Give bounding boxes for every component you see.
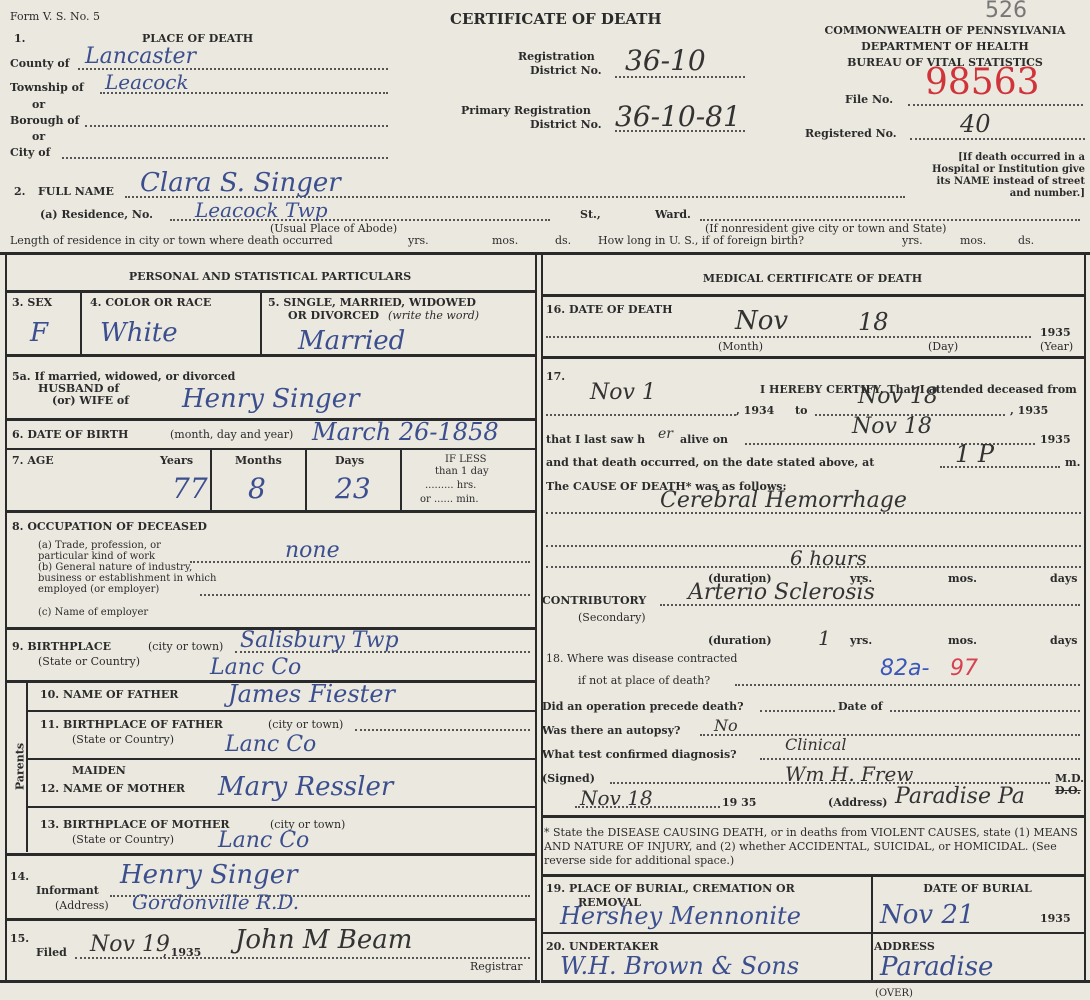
registration-district: 36-10 [625, 44, 706, 77]
months-label: Months [235, 454, 282, 467]
sex-label: 3. SEX [12, 296, 52, 309]
contracted-label-2: if not at place of death? [578, 674, 710, 687]
length-residence-label: Length of residence in city or town wher… [10, 234, 333, 247]
mos-label: mos. [492, 234, 518, 247]
primary-registration-district: 36-10-81 [615, 100, 741, 133]
informant-value: Henry Singer [120, 860, 298, 890]
yrs-label: yrs. [408, 234, 429, 247]
less-label: IF LESS [445, 454, 487, 465]
certificate-title: CERTIFICATE OF DEATH [450, 10, 662, 28]
filed-date-value: Nov 19 [90, 932, 170, 957]
cause-value: Cerebral Hemorrhage [660, 488, 907, 513]
days-label: days [1050, 572, 1077, 585]
file-no-label: File No. [845, 93, 893, 106]
burial-place-value: Hershey Mennonite [560, 902, 801, 930]
file-number-stamp: 98563 [925, 62, 1040, 103]
marital-label: 5. SINGLE, MARRIED, WIDOWED [268, 296, 476, 309]
occurred-label: and that death occurred, on the date sta… [546, 456, 874, 469]
mother-birthplace-label: 13. BIRTHPLACE OF MOTHER [40, 818, 230, 831]
residence-label: (a) Residence, No. [40, 208, 153, 221]
secondary-label: (Secondary) [578, 611, 646, 624]
occupation-label: 8. OCCUPATION OF DECEASED [12, 520, 207, 533]
registrar-label: Registrar [470, 960, 523, 973]
last-saw-pronoun: er [658, 426, 673, 442]
sex-value: F [30, 318, 48, 348]
code-red-value: 97 [950, 656, 978, 681]
father-birthplace-label: 11. BIRTHPLACE OF FATHER [40, 718, 223, 731]
primary-registration-label-1: Primary Registration [461, 104, 591, 117]
cause-footnote: * State the DISEASE CAUSING DEATH, or in… [544, 826, 1082, 868]
occ-c-label: (c) Name of employer [38, 607, 148, 618]
father-value: James Fiester [228, 680, 395, 708]
years-label: Years [160, 454, 193, 467]
wife-label: (or) WIFE of [52, 394, 129, 407]
mother-label: 12. NAME OF MOTHER [40, 782, 185, 795]
months-value: 8 [248, 472, 266, 505]
burial-label: 19. PLACE OF BURIAL, CREMATION OR [546, 882, 795, 895]
parents-label: Parents [14, 737, 27, 797]
registered-no: 40 [960, 110, 991, 138]
father-birthplace-sub: (city or town) [268, 718, 343, 731]
borough-label: Borough of [10, 114, 79, 127]
registered-no-label: Registered No. [805, 127, 897, 140]
hospital-note: [If death occurred in a Hospital or Inst… [920, 152, 1085, 200]
informant-address-value: Gordonville R.D. [132, 890, 299, 914]
burial-year-value: 1935 [1040, 912, 1071, 925]
or-label: or [32, 130, 45, 143]
occ-b-label-2: business or establishment in which [38, 573, 216, 584]
birthplace-state-value: Lanc Co [210, 655, 301, 680]
code-blue-value: 82a- [880, 656, 929, 681]
mother-bp-state-label: (State or Country) [72, 833, 174, 846]
registration-label-1: Registration [518, 50, 595, 63]
operation-label: Did an operation precede death? [542, 700, 744, 713]
father-bp-state-label: (State or Country) [72, 733, 174, 746]
death-day-value: 18 [858, 308, 889, 336]
birthplace-value: Salisbury Twp [240, 628, 399, 653]
yrs-label: yrs. [902, 234, 923, 247]
registrar-signature: John M Beam [235, 925, 412, 955]
occ-a-label-2: particular kind of work [38, 551, 155, 562]
father-birthplace-value: Lanc Co [225, 732, 316, 757]
filed-number: 15. [10, 932, 29, 945]
place-of-death-number: 1. [14, 32, 25, 45]
dob-value: March 26-1858 [312, 418, 499, 446]
occ-b-label-3: employed (or employer) [38, 584, 159, 595]
date-of-label: Date of [838, 700, 883, 713]
physician-address-value: Paradise Pa [895, 784, 1025, 809]
autopsy-label: Was there an autopsy? [542, 724, 680, 737]
agency-line-1: COMMONWEALTH OF PENNSYLVANIA [800, 24, 1090, 37]
day-label: (Day) [928, 340, 958, 353]
medical-heading: MEDICAL CERTIFICATE OF DEATH [541, 272, 1084, 285]
marital-value: Married [298, 326, 405, 356]
less-label-2: than 1 day [435, 466, 489, 477]
informant-number: 14. [10, 870, 29, 883]
attended-from-value: Nov 1 [590, 380, 656, 405]
pencil-number: 526 [985, 0, 1027, 23]
birthplace-sub-label: (city or town) [148, 640, 223, 653]
last-saw-date-value: Nov 18 [852, 414, 932, 439]
st-label: St., [580, 208, 601, 221]
county-value: Lancaster [85, 44, 196, 69]
mos-label: mos. [948, 572, 977, 585]
marital-label-3: (write the word) [388, 309, 479, 322]
test-value: Clinical [785, 735, 847, 754]
personal-heading: PERSONAL AND STATISTICAL PARTICULARS [5, 270, 535, 283]
occ-a-label: (a) Trade, profession, or [38, 540, 161, 551]
signed-year-value: 19 35 [722, 796, 756, 809]
hrs-label: ......... hrs. [425, 480, 476, 491]
signed-label: (Signed) [542, 772, 595, 785]
physician-signature: Wm H. Frew [785, 762, 913, 786]
informant-address-label: (Address) [55, 899, 109, 912]
death-month-value: Nov [735, 306, 788, 336]
filed-label: Filed [36, 946, 67, 959]
physician-address-label: (Address) [828, 796, 888, 809]
date-of-death-label: 16. DATE OF DEATH [546, 303, 673, 316]
county-label: County of [10, 57, 69, 70]
township-value: Leacock [105, 70, 189, 94]
death-time-value: 1 P [955, 440, 994, 468]
ds-label: ds. [1018, 234, 1034, 247]
days-value: 23 [335, 472, 371, 505]
ward-label: Ward. [655, 208, 691, 221]
occ-b-label: (b) General nature of industry, [38, 562, 192, 573]
contracted-label: 18. Where was disease contracted [546, 652, 737, 665]
m-label: m. [1065, 456, 1080, 469]
do-label: D.O. [1055, 784, 1081, 797]
burial-date-label: DATE OF BURIAL [871, 882, 1084, 895]
township-label: Township of [10, 81, 84, 94]
signed-date-value: Nov 18 [580, 786, 653, 810]
years-value: 77 [172, 472, 208, 505]
full-name-value: Clara S. Singer [140, 168, 341, 198]
test-label: What test confirmed diagnosis? [542, 748, 737, 761]
birthplace-label: 9. BIRTHPLACE [12, 640, 111, 653]
undertaker-address-value: Paradise [880, 952, 993, 982]
certify-number: 17. [546, 370, 565, 383]
maiden-label: MAIDEN [72, 764, 126, 777]
alive-on-label: alive on [680, 433, 728, 446]
birthplace-state-label: (State or Country) [38, 655, 140, 668]
ds-label: ds. [555, 234, 571, 247]
days-label: days [1050, 634, 1077, 647]
mos-label: mos. [948, 634, 977, 647]
min-label: or ...... min. [420, 494, 479, 505]
last-saw-label: that I last saw h [546, 433, 645, 446]
spouse-value: Henry Singer [182, 384, 360, 414]
primary-registration-label-2: District No. [530, 118, 602, 131]
dob-sub-label: (month, day and year) [170, 428, 293, 441]
agency-line-2: DEPARTMENT OF HEALTH [800, 40, 1090, 53]
duration-label: (duration) [708, 634, 772, 647]
informant-label: Informant [36, 884, 99, 897]
contributory-duration-value: 1 [818, 626, 831, 650]
contributory-label: CONTRIBUTORY [542, 594, 646, 607]
days-label: Days [335, 454, 364, 467]
mother-value: Mary Ressler [218, 772, 393, 802]
full-name-number: 2. [14, 185, 25, 198]
form-number: Form V. S. No. 5 [10, 10, 100, 23]
mother-birthplace-value: Lanc Co [218, 828, 309, 853]
mos-label: mos. [960, 234, 986, 247]
city-label: City of [10, 146, 50, 159]
undertaker-value: W.H. Brown & Sons [560, 952, 799, 980]
yrs-label: yrs. [850, 634, 872, 647]
occupation-value: none [285, 538, 340, 563]
contributory-value: Arterio Sclerosis [688, 580, 875, 605]
color-label: 4. COLOR OR RACE [90, 296, 211, 309]
burial-date-value: Nov 21 [880, 900, 974, 930]
foreign-birth-label: How long in U. S., if of foreign birth? [598, 234, 804, 247]
cause-duration-value: 6 hours [790, 546, 867, 570]
year-label: (Year) [1040, 340, 1073, 353]
death-year-value: 1935 [1040, 326, 1071, 339]
attended-to-year: , 1935 [1010, 404, 1048, 417]
month-label: (Month) [718, 340, 763, 353]
attended-from-year: , 1934 [736, 404, 774, 417]
dob-label: 6. DATE OF BIRTH [12, 428, 128, 441]
full-name-label: FULL NAME [38, 185, 114, 198]
to-label: to [795, 404, 807, 417]
last-saw-year: 1935 [1040, 433, 1071, 446]
death-certificate: Form V. S. No. 5 CERTIFICATE OF DEATH 52… [0, 0, 1090, 1000]
marital-label-2: OR DIVORCED [288, 309, 379, 322]
filed-year: , 1935 [163, 946, 201, 959]
color-value: White [100, 318, 178, 348]
attended-to-value: Nov 18 [858, 384, 938, 409]
over-label: (OVER) [875, 988, 913, 999]
autopsy-value: No [714, 716, 738, 735]
age-label: 7. AGE [12, 454, 54, 467]
or-label: or [32, 98, 45, 111]
registration-label-2: District No. [530, 64, 602, 77]
father-label: 10. NAME OF FATHER [40, 688, 178, 701]
residence-value: Leacock Twp [195, 198, 328, 222]
